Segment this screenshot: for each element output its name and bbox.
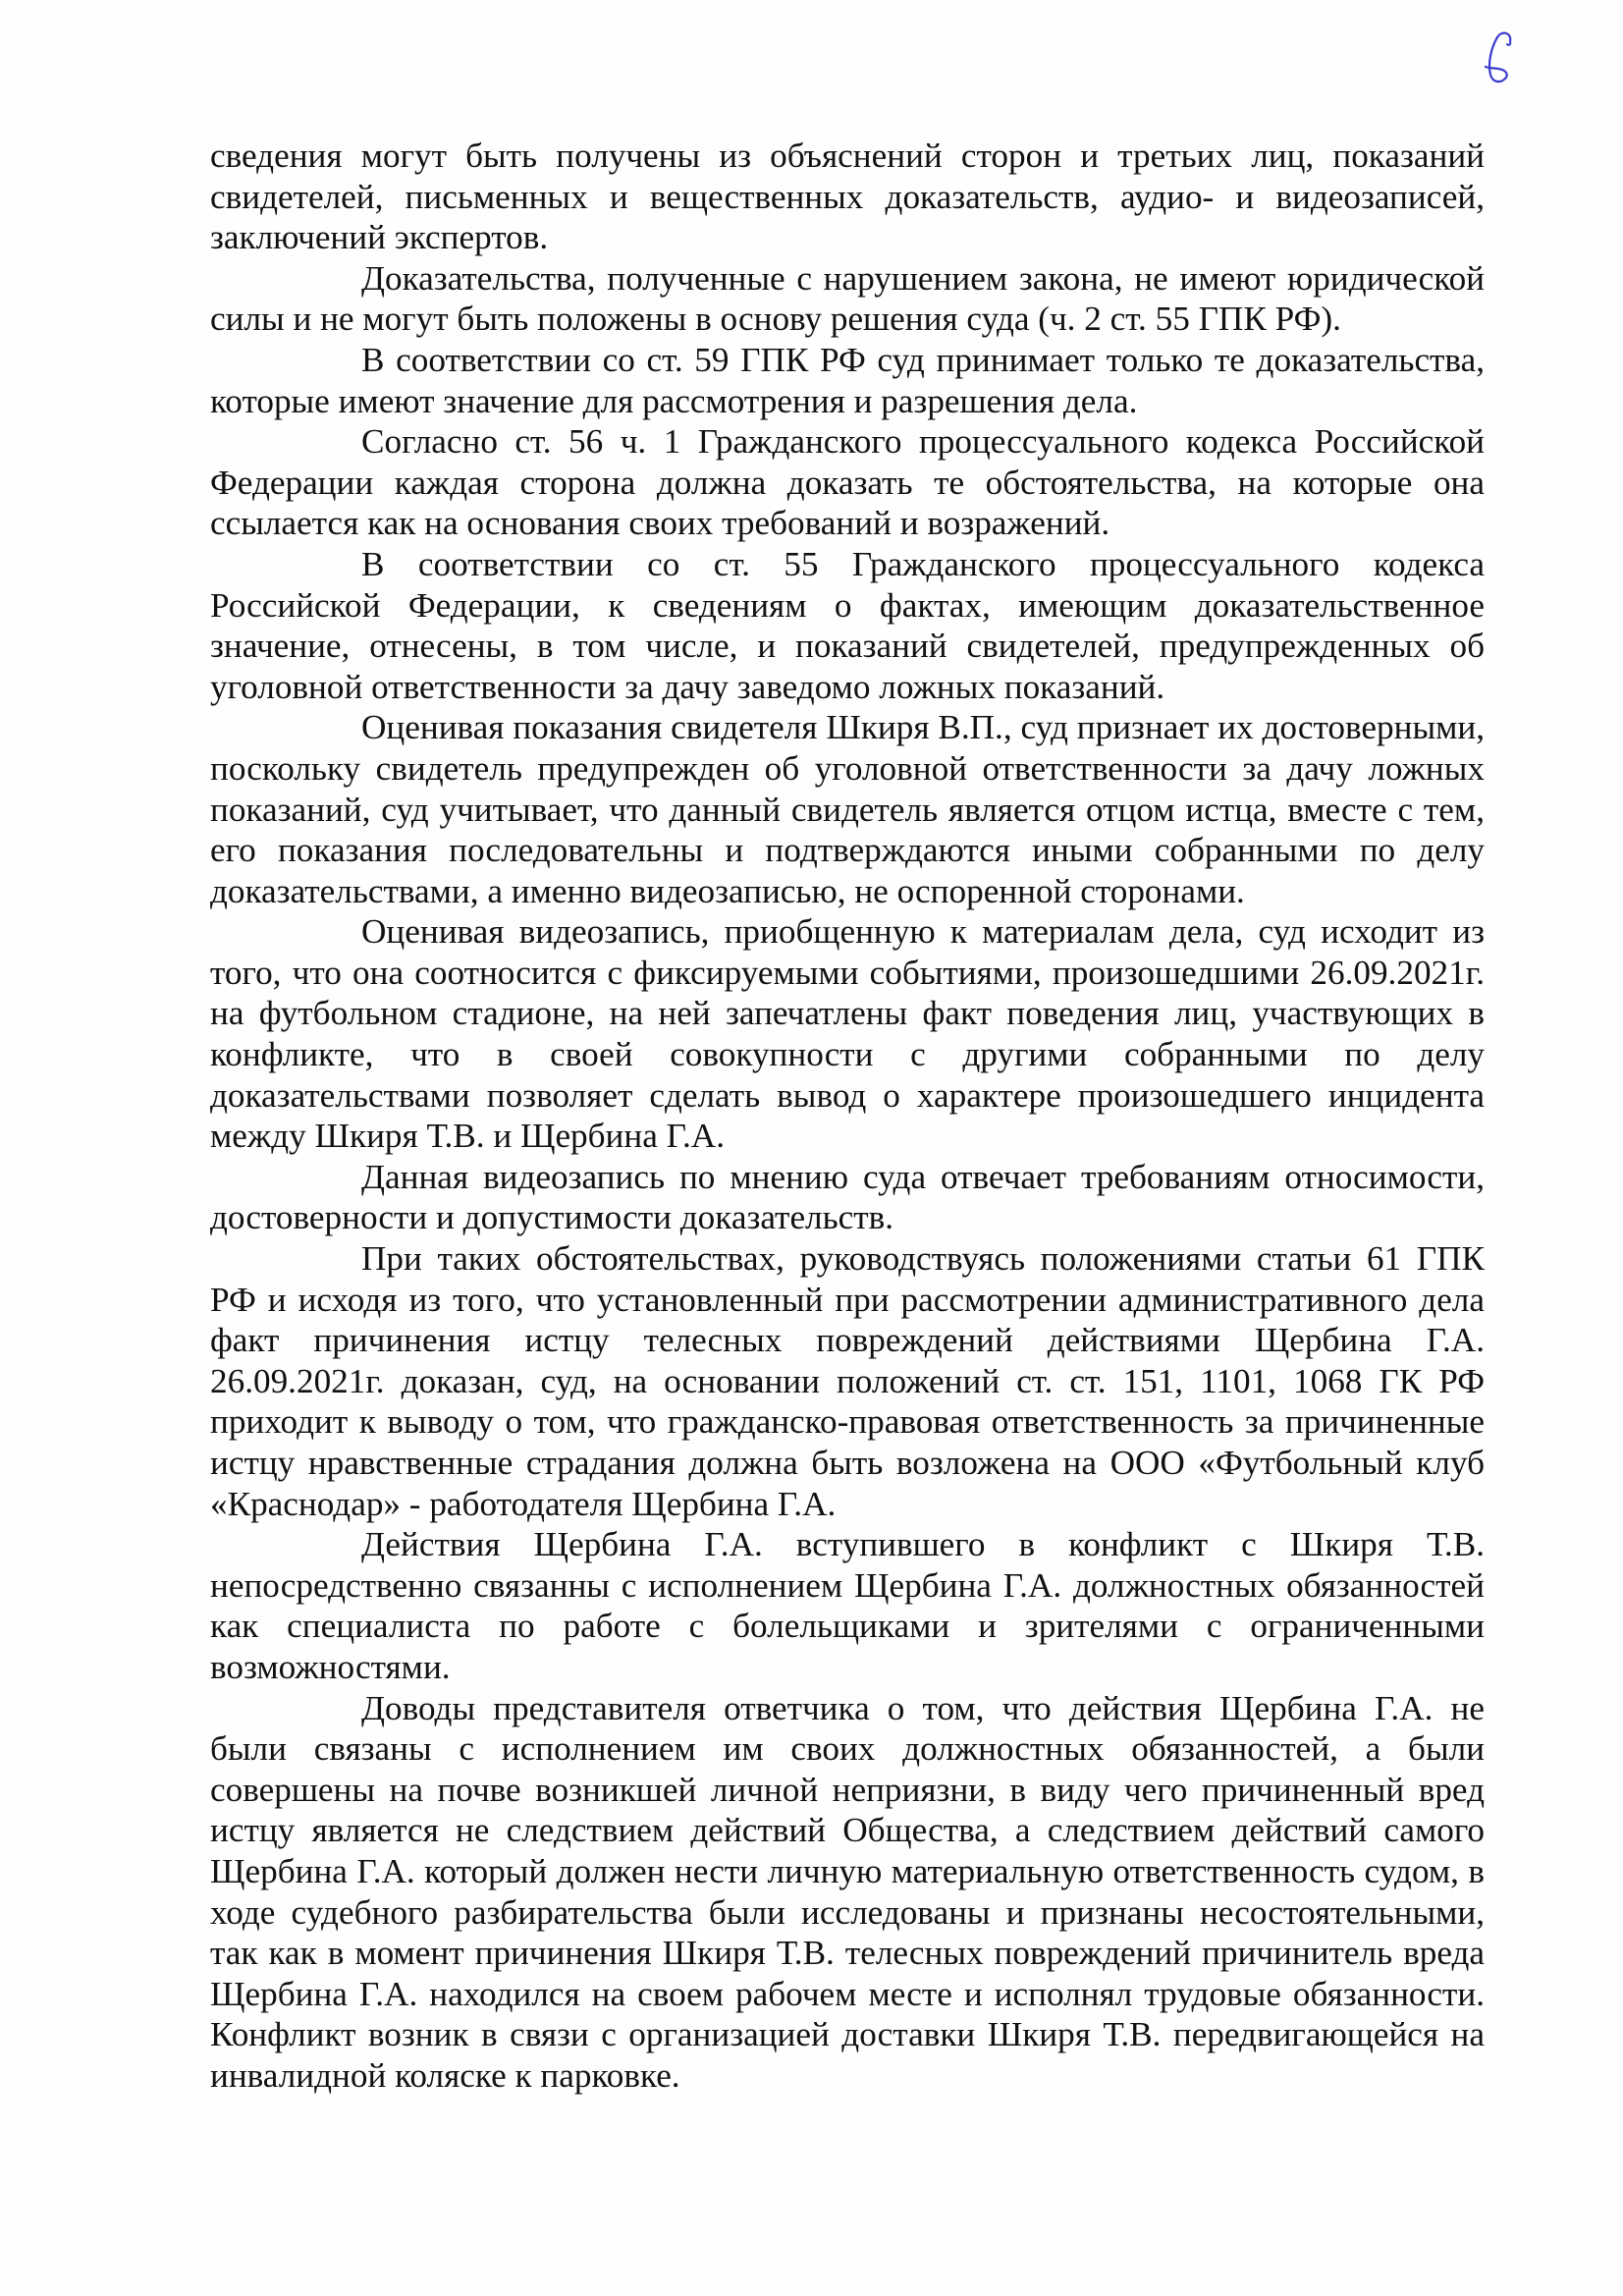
- paragraph-burden-of-proof-art56: Согласно ст. 56 ч. 1 Гражданского процес…: [210, 421, 1485, 544]
- paragraph-employer-liability: При таких обстоятельствах, руководствуяс…: [210, 1238, 1485, 1524]
- paragraph-unlawful-evidence: Доказательства, полученные с нарушением …: [210, 258, 1485, 340]
- handwritten-page-number-6: [1481, 27, 1516, 86]
- paragraph-defendant-arguments-rejected: Доводы представителя ответчика о том, чт…: [210, 1688, 1485, 2097]
- paragraph-relevance-art59: В соответствии со ст. 59 ГПК РФ суд прин…: [210, 340, 1485, 421]
- paragraph-video-admissibility: Данная видеозапись по мнению суда отвеча…: [210, 1157, 1485, 1238]
- paragraph-witness-assessment: Оценивая показания свидетеля Шкиря В.П.,…: [210, 707, 1485, 911]
- paragraph-duties-connection: Действия Щербина Г.А. вступившего в конф…: [210, 1524, 1485, 1687]
- document-body: сведения могут быть получены из объяснен…: [210, 136, 1485, 2097]
- paragraph-evidence-sources: сведения могут быть получены из объяснен…: [210, 136, 1485, 258]
- paragraph-video-assessment: Оценивая видеозапись, приобщенную к мате…: [210, 911, 1485, 1157]
- paragraph-witness-testimony-art55: В соответствии со ст. 55 Гражданского пр…: [210, 544, 1485, 707]
